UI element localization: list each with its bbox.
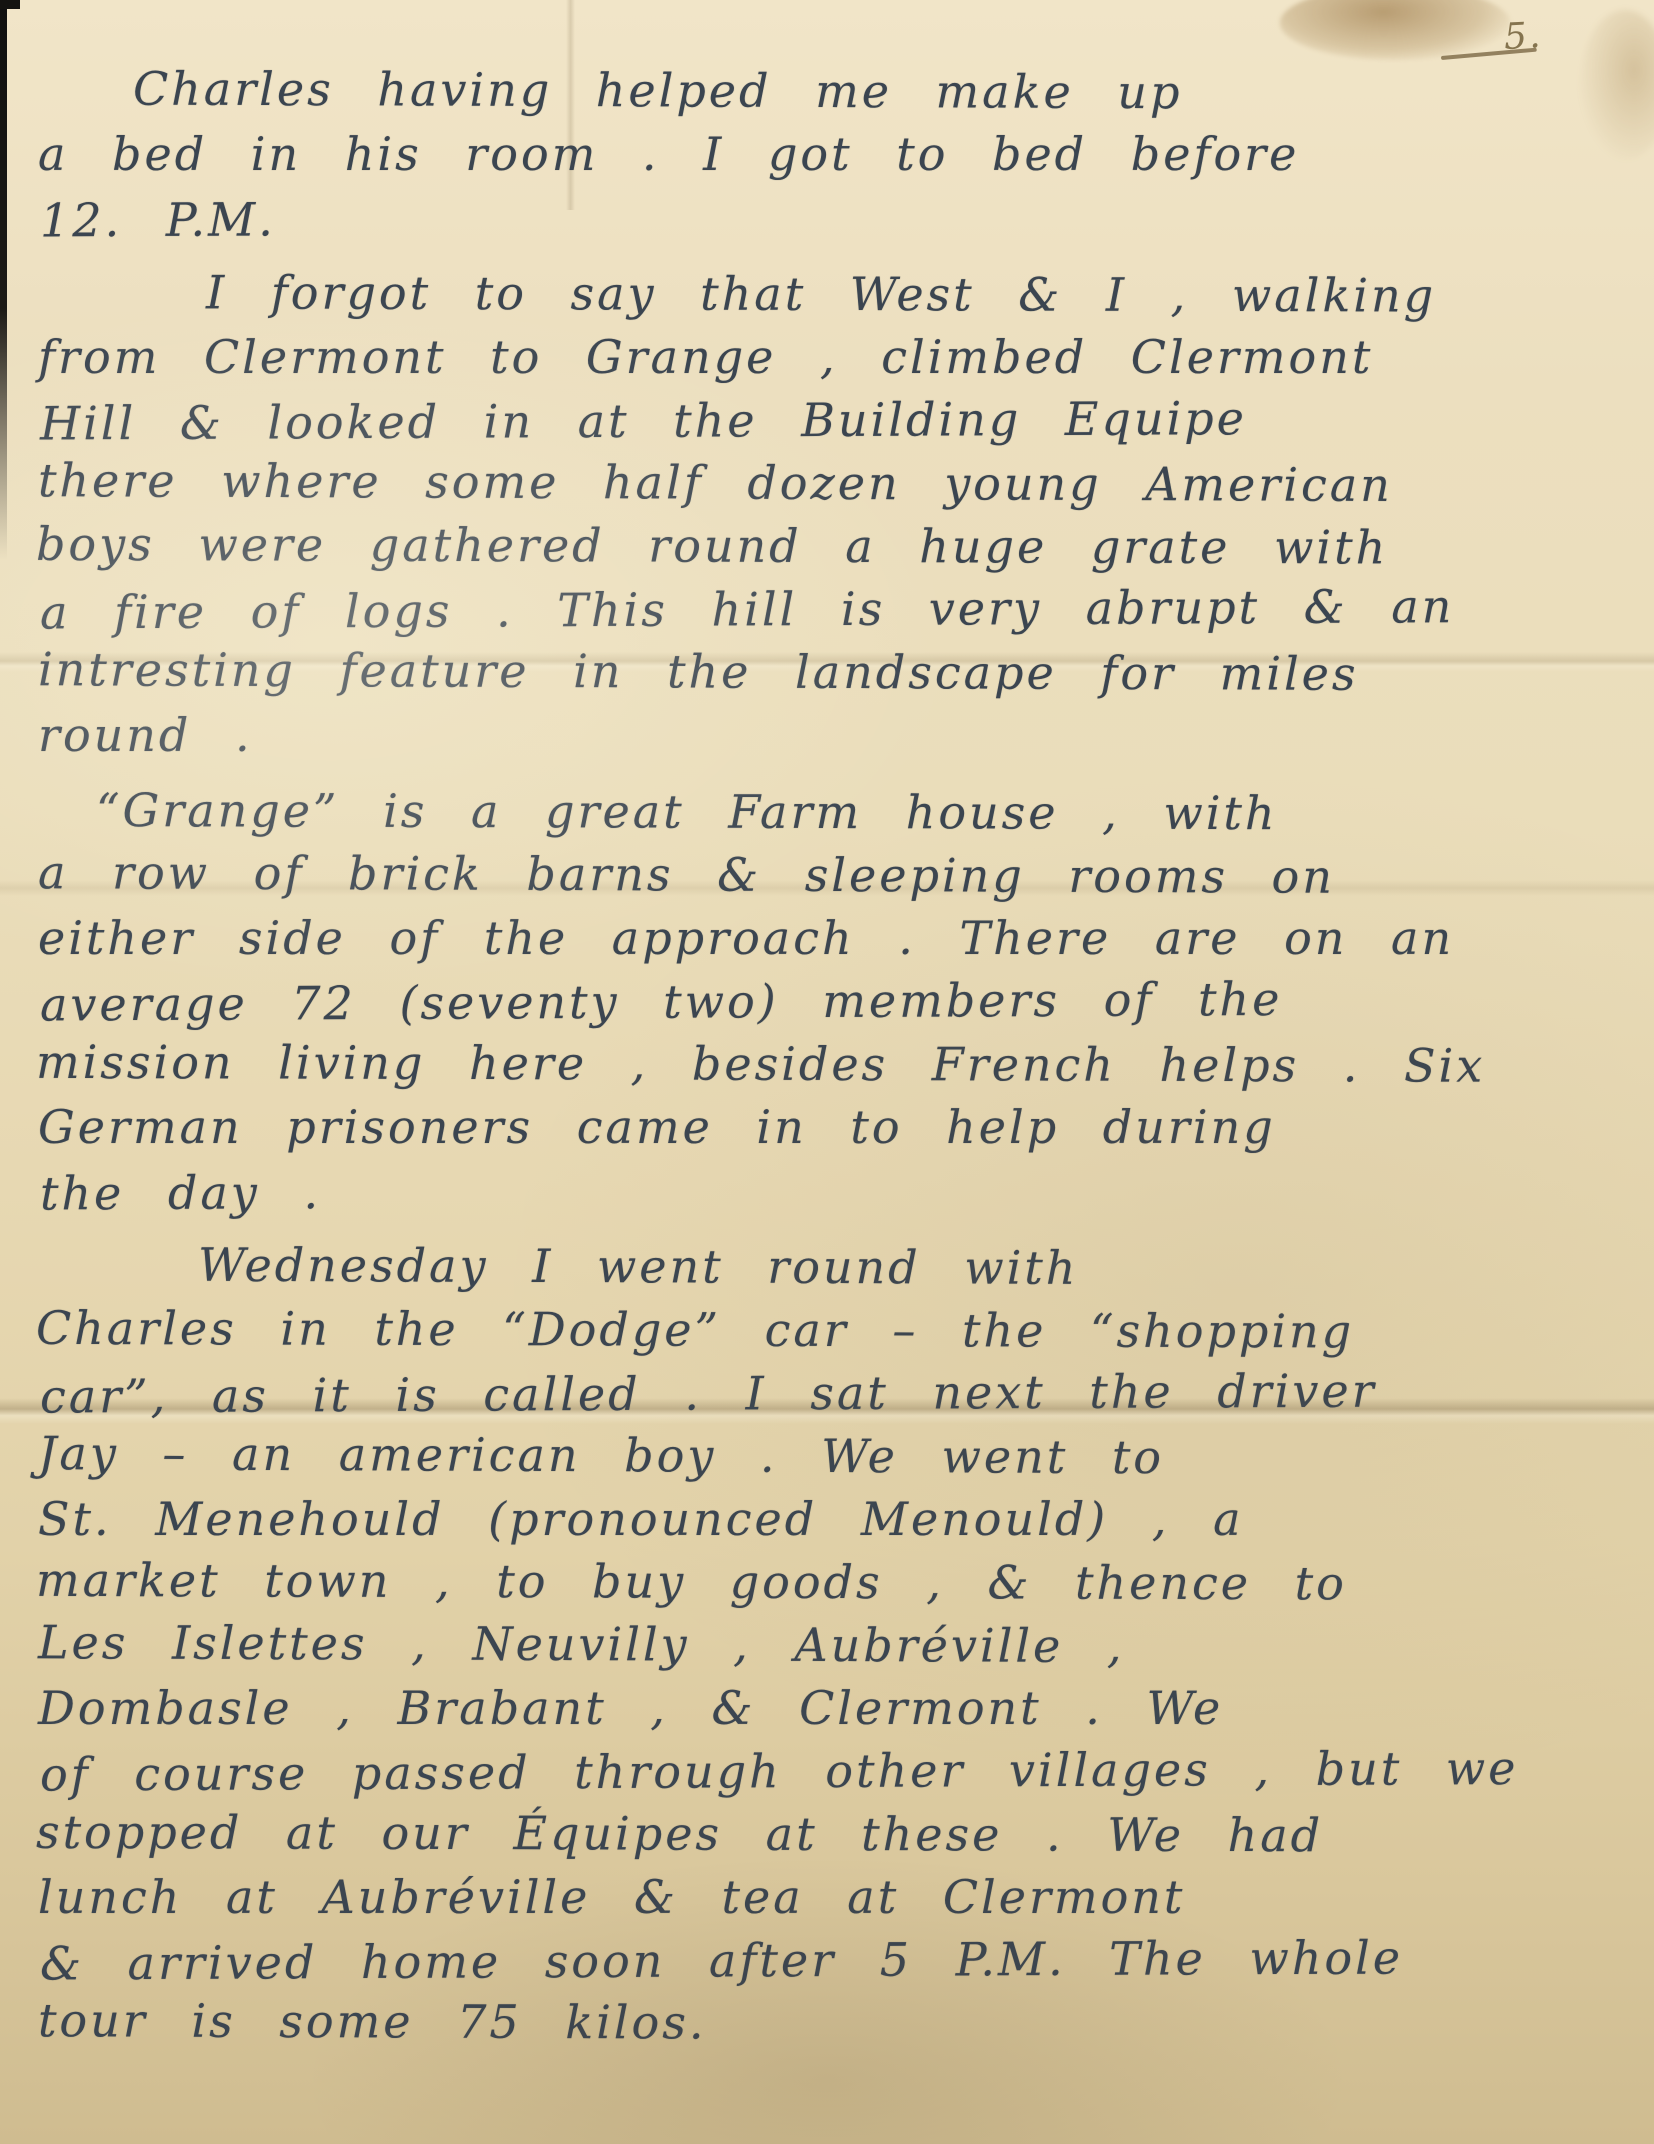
handwritten-line: lunch at Aubréville & tea at Clermont [38, 1866, 1624, 1929]
handwritten-line: market town , to buy goods , & thence to [36, 1549, 1622, 1616]
handwritten-line: boys were gathered round a huge grate wi… [36, 513, 1622, 580]
handwritten-line: a bed in his room . I got to bed before [38, 123, 1624, 186]
handwritten-line: Dombasle , Brabant , & Clermont . We [38, 1677, 1624, 1740]
handwritten-line: there where some half dozen young Americ… [38, 449, 1624, 518]
handwritten-line: Charles in the “Dodge” car – the “shoppi… [36, 1297, 1622, 1364]
handwritten-line: Charles having helped me make up [38, 57, 1624, 126]
handwritten-line: mission living here , besides French hel… [36, 1031, 1622, 1098]
handwritten-line: Les Islettes , Neuvilly , Aubréville , [38, 1611, 1624, 1680]
handwritten-line: the day . [40, 1156, 1626, 1226]
letter-body: Charles having helped me make upa bed in… [38, 46, 1624, 2055]
handwritten-line: 12. P.M. [40, 183, 1626, 253]
scan-corner-artifact [0, 0, 20, 9]
handwritten-line: & arrived home soon after 5 P.M. The who… [40, 1926, 1626, 1996]
handwritten-line: round . [38, 704, 1624, 767]
handwritten-line: German prisoners came in to help during [38, 1096, 1624, 1159]
handwritten-line: Jay – an american boy . We went to [38, 1422, 1624, 1491]
handwritten-line: Hill & looked in at the Building Equipe [40, 386, 1626, 456]
handwritten-line: from Clermont to Grange , climbed Clermo… [38, 326, 1624, 389]
handwritten-line: I forgot to say that West & I , walking [36, 261, 1622, 328]
handwritten-line: “Grange” is a great Farm house , with [36, 779, 1622, 846]
handwritten-line: a row of brick barns & sleeping rooms on [38, 841, 1624, 910]
handwritten-line: stopped at our Équipes at these . We had [36, 1801, 1622, 1868]
scan-edge-artifact [0, 0, 7, 560]
handwritten-line: St. Menehould (pronounced Menould) , a [38, 1488, 1624, 1551]
handwritten-line: either side of the approach . There are … [38, 907, 1624, 970]
handwritten-line: a fire of logs . This hill is very abrup… [40, 575, 1626, 645]
handwritten-line: Wednesday I went round with [38, 1233, 1624, 1302]
handwritten-line: intresting feature in the landscape for … [38, 638, 1624, 707]
handwritten-line: tour is some 75 kilos. [38, 1989, 1624, 2058]
handwritten-line: of course passed through other villages … [40, 1737, 1626, 1807]
handwritten-line: average 72 (seventy two) members of the [40, 967, 1626, 1037]
handwritten-line: car”, as it is called . I sat next the d… [40, 1359, 1626, 1429]
letter-page: 5. Charles having helped me make upa bed… [0, 0, 1654, 2144]
